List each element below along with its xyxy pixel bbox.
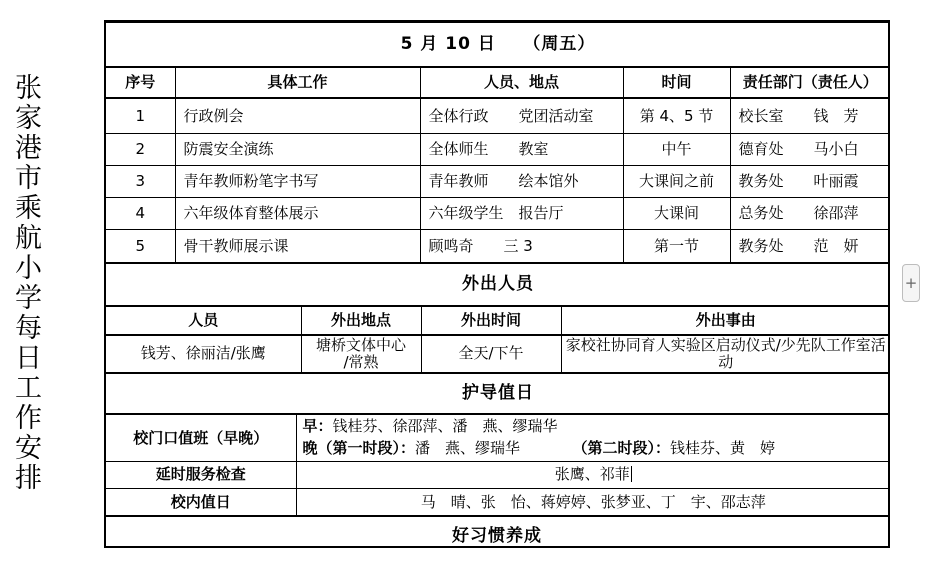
table-row: 5 骨干教师展示课 顾鸣奇 三 3 第一节 教务处 范 妍	[106, 230, 890, 262]
main-schedule-section: 5 月 10 日 （周五） 序号 具体工作 人员、地点 时间 责任部门（责任人）…	[106, 22, 890, 262]
gate-evening1-label: 晚（第一时段）：	[303, 439, 416, 457]
cell-work[interactable]: 行政例会	[175, 98, 420, 134]
cell-people-place[interactable]: 六年级学生 报告厅	[420, 198, 623, 230]
delay-names-text: 张鹰、祁菲	[555, 465, 630, 483]
cell-work[interactable]: 青年教师粉笔字书写	[175, 166, 420, 198]
gate-duty-names[interactable]: 早：钱桂芬、徐邵萍、潘 燕、缪瑞华 晚（第一时段）：潘 燕、缪瑞华 （第二时段）…	[296, 414, 890, 461]
cell-work[interactable]: 骨干教师展示课	[175, 230, 420, 262]
outing-header-place[interactable]: 外出地点	[301, 306, 421, 335]
cell-time[interactable]: 大课间之前	[623, 166, 730, 198]
add-row-button[interactable]: +	[902, 264, 920, 302]
cell-dept[interactable]: 教务处 范 妍	[730, 230, 890, 262]
outing-section-title[interactable]: 外出人员	[106, 263, 890, 306]
cell-work[interactable]: 六年级体育整体展示	[175, 198, 420, 230]
guard-duty-section: 护导值日 校门口值班（早晚） 早：钱桂芬、徐邵萍、潘 燕、缪瑞华 晚（第一时段）…	[106, 372, 890, 515]
cell-people-place[interactable]: 顾鸣奇 三 3	[420, 230, 623, 262]
campus-duty-names[interactable]: 马 晴、张 怡、蒋婷婷、张梦亚、丁 宇、邵志萍	[296, 488, 890, 515]
outing-header-people[interactable]: 人员	[106, 306, 301, 335]
daily-schedule-table: 5 月 10 日 （周五） 序号 具体工作 人员、地点 时间 责任部门（责任人）…	[104, 20, 890, 548]
table-row: 2 防震安全演练 全体师生 教室 中午 德育处 马小白	[106, 134, 890, 166]
cell-no[interactable]: 3	[106, 166, 175, 198]
outing-cell-reason[interactable]: 家校社协同育人实验区启动仪式/少先队工作室活动	[561, 335, 890, 373]
outing-header-time[interactable]: 外出时间	[421, 306, 561, 335]
cell-time[interactable]: 第 4、5 节	[623, 98, 730, 134]
cell-no[interactable]: 5	[106, 230, 175, 262]
cell-dept[interactable]: 总务处 徐邵萍	[730, 198, 890, 230]
gate-evening2-label: （第二时段）：	[580, 439, 670, 457]
cell-dept[interactable]: 教务处 叶丽霞	[730, 166, 890, 198]
outing-cell-time[interactable]: 全天/下午	[421, 335, 561, 373]
outing-place-line1: 塘桥文体中心	[316, 336, 406, 354]
campus-duty-label[interactable]: 校内值日	[106, 488, 296, 515]
outing-place-line2: /常熟	[343, 353, 378, 371]
cell-dept[interactable]: 校长室 钱 芳	[730, 98, 890, 134]
outing-cell-place[interactable]: 塘桥文体中心 /常熟	[301, 335, 421, 373]
document-vertical-title: 张家港市乘航小学每日工作安排	[6, 73, 45, 493]
cell-time[interactable]: 第一节	[623, 230, 730, 262]
outing-section: 外出人员 人员 外出地点 外出时间 外出事由 钱芳、徐丽洁/张鹰 塘桥文体中心 …	[106, 262, 890, 373]
col-header-no[interactable]: 序号	[106, 67, 175, 98]
outing-cell-people[interactable]: 钱芳、徐丽洁/张鹰	[106, 335, 301, 373]
cell-people-place[interactable]: 全体行政 党团活动室	[420, 98, 623, 134]
col-header-people-place[interactable]: 人员、地点	[420, 67, 623, 98]
cell-dept[interactable]: 德育处 马小白	[730, 134, 890, 166]
table-row: 4 六年级体育整体展示 六年级学生 报告厅 大课间 总务处 徐邵萍	[106, 198, 890, 230]
gate-morning-label: 早：	[303, 417, 333, 435]
delay-check-label[interactable]: 延时服务检查	[106, 461, 296, 488]
cell-people-place[interactable]: 青年教师 绘本馆外	[420, 166, 623, 198]
cell-time[interactable]: 大课间	[623, 198, 730, 230]
gate-morning-names: 钱桂芬、徐邵萍、潘 燕、缪瑞华	[333, 417, 558, 435]
delay-check-names[interactable]: 张鹰、祁菲	[296, 461, 890, 488]
cell-no[interactable]: 1	[106, 98, 175, 134]
table-row: 校内值日 马 晴、张 怡、蒋婷婷、张梦亚、丁 宇、邵志萍	[106, 488, 890, 515]
gate-evening1-names: 潘 燕、缪瑞华	[415, 439, 580, 457]
habit-section-title[interactable]: 好习惯养成	[106, 516, 888, 556]
date-header-cell[interactable]: 5 月 10 日 （周五）	[106, 23, 890, 67]
outing-header-reason[interactable]: 外出事由	[561, 306, 890, 335]
table-row: 3 青年教师粉笔字书写 青年教师 绘本馆外 大课间之前 教务处 叶丽霞	[106, 166, 890, 198]
table-row: 钱芳、徐丽洁/张鹰 塘桥文体中心 /常熟 全天/下午 家校社协同育人实验区启动仪…	[106, 335, 890, 373]
col-header-time[interactable]: 时间	[623, 67, 730, 98]
cell-time[interactable]: 中午	[623, 134, 730, 166]
cell-no[interactable]: 2	[106, 134, 175, 166]
text-cursor	[631, 466, 632, 482]
cell-people-place[interactable]: 全体师生 教室	[420, 134, 623, 166]
habit-section: 好习惯养成	[106, 515, 888, 556]
cell-no[interactable]: 4	[106, 198, 175, 230]
table-row: 1 行政例会 全体行政 党团活动室 第 4、5 节 校长室 钱 芳	[106, 98, 890, 134]
cell-work[interactable]: 防震安全演练	[175, 134, 420, 166]
gate-evening2-names: 钱桂芬、黄 婷	[670, 439, 775, 457]
guard-section-title[interactable]: 护导值日	[106, 373, 890, 414]
gate-duty-label[interactable]: 校门口值班（早晚）	[106, 414, 296, 461]
table-row: 延时服务检查 张鹰、祁菲	[106, 461, 890, 488]
col-header-dept[interactable]: 责任部门（责任人）	[730, 67, 890, 98]
col-header-work[interactable]: 具体工作	[175, 67, 420, 98]
table-row: 校门口值班（早晚） 早：钱桂芬、徐邵萍、潘 燕、缪瑞华 晚（第一时段）：潘 燕、…	[106, 414, 890, 461]
